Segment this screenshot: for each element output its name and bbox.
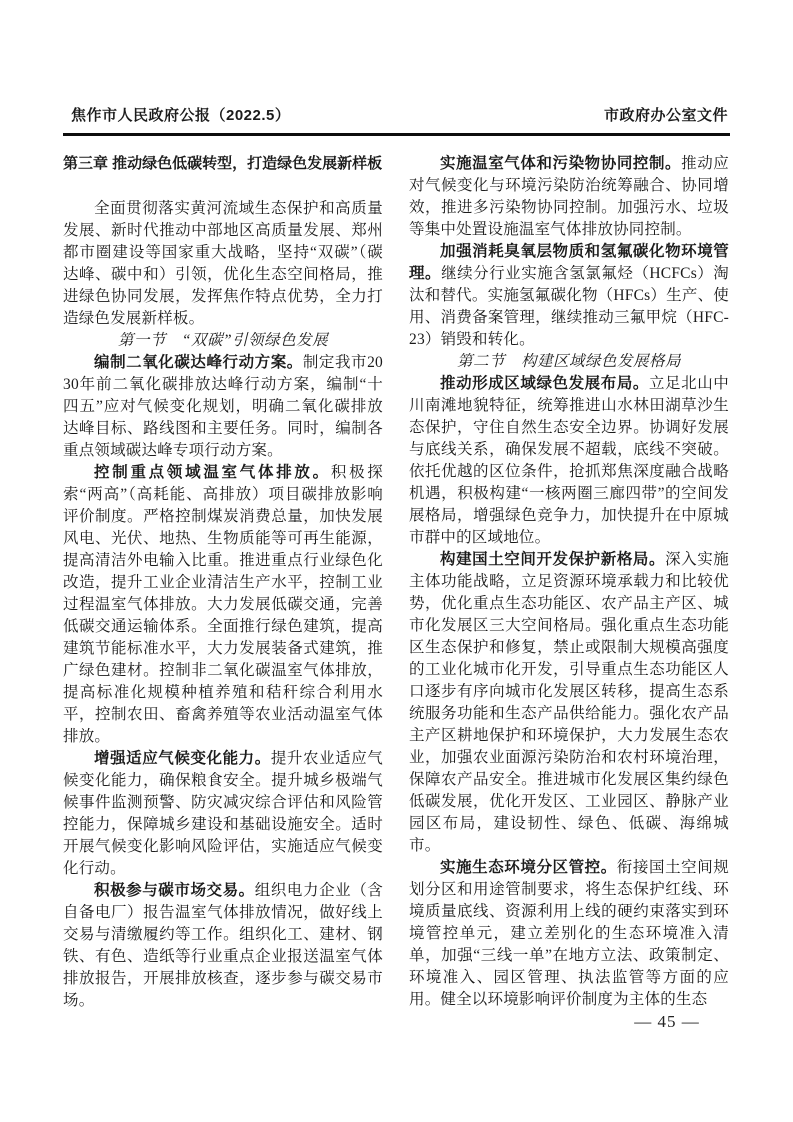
right-column: 实施温室气体和污染物协同控制。推动应对气候变化与环境污染防治统筹融合、协同增效，… bbox=[409, 153, 729, 1012]
page-content: 焦作市人民政府公报（2022.5） 市政府办公室文件 第三章 推动绿色低碳转型，… bbox=[63, 104, 730, 1012]
document-page: 焦作市人民政府公报（2022.5） 市政府办公室文件 第三章 推动绿色低碳转型，… bbox=[0, 0, 793, 1122]
paragraph-lead: 推动形成区域绿色发展布局。 bbox=[440, 375, 649, 392]
paragraph-carbon-peak-plan: 编制二氧化碳达峰行动方案。制定我市2030年前二氧化碳排放达峰行动方案，编制“十… bbox=[63, 352, 383, 462]
paragraph-lead: 增强适应气候变化能力。 bbox=[94, 750, 271, 767]
running-header: 焦作市人民政府公报（2022.5） 市政府办公室文件 bbox=[63, 104, 730, 125]
paragraph-lead: 控制重点领域温室气体排放。 bbox=[94, 464, 331, 481]
paragraph-text: 组织电力企业（含自备电厂）报告温室气体排放情况，做好线上交易与清缴履约等工作。组… bbox=[63, 882, 383, 1009]
paragraph-text: 提升农业适应气候变化能力，确保粮食安全。提升城乡极端气候事件监测预警、防灾减灾综… bbox=[63, 750, 383, 877]
paragraph-climate-adaptation: 增强适应气候变化能力。提升农业适应气候变化能力，确保粮食安全。提升城乡极端气候事… bbox=[63, 748, 383, 880]
paragraph-text: 衔接国土空间规划分区和用途管制要求，将生态保护红线、环境质量底线、资源利用上线的… bbox=[409, 859, 729, 1008]
header-document-category: 市政府办公室文件 bbox=[604, 104, 728, 125]
paragraph-carbon-market: 积极参与碳市场交易。组织电力企业（含自备电厂）报告温室气体排放情况，做好线上交易… bbox=[63, 880, 383, 1012]
paragraph-intro: 全面贯彻落实黄河流域生态保护和高质量发展、新时代推动中部地区高质量发展、郑州都市… bbox=[63, 198, 383, 330]
paragraph-text: 深入实施主体功能战略，立足资源环境承载力和比较优势，优化重点生态功能区、农产品主… bbox=[409, 551, 729, 854]
paragraph-text: 继续分行业实施含氢氯氟烃（HCFCs）淘汰和替代。实施氢氟碳化物（HFCs）生产… bbox=[409, 265, 729, 348]
left-column: 第三章 推动绿色低碳转型，打造绿色发展新样板 全面贯彻落实黄河流域生态保护和高质… bbox=[63, 153, 383, 1012]
paragraph-lead: 构建国土空间开发保护新格局。 bbox=[440, 551, 665, 568]
paragraph-eco-environment-zoning: 实施生态环境分区管控。衔接国土空间规划分区和用途管制要求，将生态保护红线、环境质… bbox=[409, 857, 729, 1011]
paragraph-text: 立足北山中川南滩地貌特征，统筹推进山水林田湖草沙生态保护，守住自然生态安全边界。… bbox=[409, 375, 729, 546]
chapter-heading: 第三章 推动绿色低碳转型，打造绿色发展新样板 bbox=[63, 153, 383, 175]
paragraph-lead: 编制二氧化碳达峰行动方案。 bbox=[94, 354, 303, 371]
header-rule bbox=[63, 133, 730, 136]
section-heading-1: 第一节 “双碳”引领绿色发展 bbox=[63, 330, 383, 352]
paragraph-ghg-pollutant-control: 实施温室气体和污染物协同控制。推动应对气候变化与环境污染防治统筹融合、协同增效，… bbox=[409, 153, 729, 241]
header-publication-title: 焦作市人民政府公报（2022.5） bbox=[71, 104, 290, 125]
paragraph-text: 全面贯彻落实黄河流域生态保护和高质量发展、新时代推动中部地区高质量发展、郑州都市… bbox=[63, 200, 383, 327]
paragraph-lead: 实施温室气体和污染物协同控制。 bbox=[440, 155, 681, 172]
paragraph-lead: 积极参与碳市场交易。 bbox=[94, 882, 255, 899]
paragraph-lead: 实施生态环境分区管控。 bbox=[440, 859, 617, 876]
paragraph-ozone-hfc-management: 加强消耗臭氧层物质和氢氟碳化物环境管理。继续分行业实施含氢氯氟烃（HCFCs）淘… bbox=[409, 241, 729, 351]
section-heading-2: 第二节 构建区域绿色发展格局 bbox=[409, 351, 729, 373]
text-columns: 第三章 推动绿色低碳转型，打造绿色发展新样板 全面贯彻落实黄河流域生态保护和高质… bbox=[63, 153, 730, 1012]
paragraph-regional-green-layout: 推动形成区域绿色发展布局。立足北山中川南滩地貌特征，统筹推进山水林田湖草沙生态保… bbox=[409, 373, 729, 549]
paragraph-text: 积极探索“两高”（高耗能、高排放）项目碳排放影响评价制度。严格控制煤炭消费总量，… bbox=[63, 464, 383, 745]
paragraph-territorial-space-pattern: 构建国土空间开发保护新格局。深入实施主体功能战略，立足资源环境承载力和比较优势，… bbox=[409, 549, 729, 857]
page-number: — 45 — bbox=[622, 1012, 712, 1032]
paragraph-control-emissions: 控制重点领域温室气体排放。积极探索“两高”（高耗能、高排放）项目碳排放影响评价制… bbox=[63, 462, 383, 748]
